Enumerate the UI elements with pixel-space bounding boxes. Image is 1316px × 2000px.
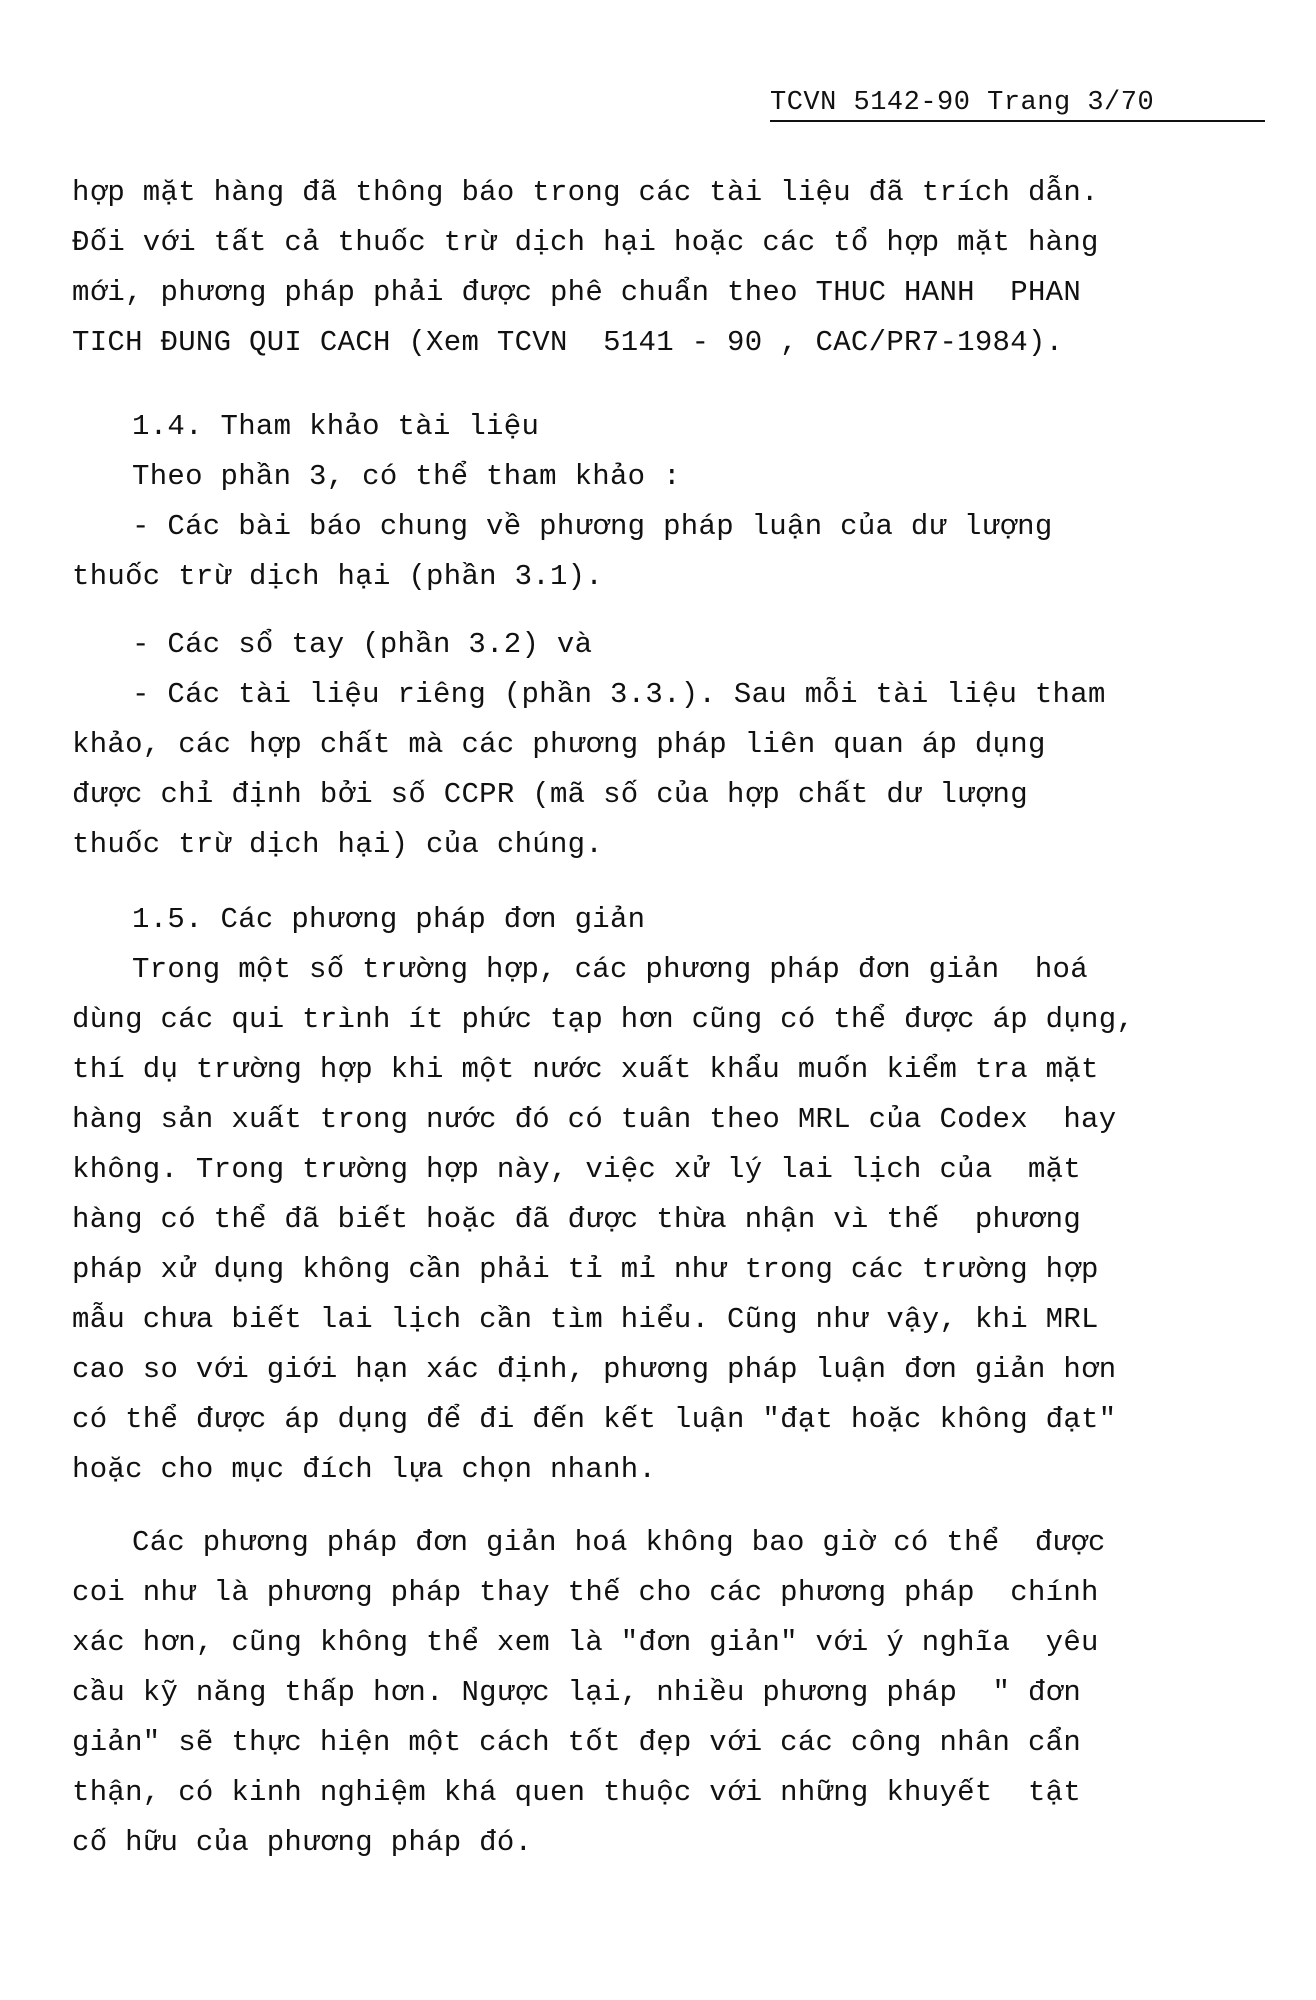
text-line: - Các tài liệu riêng (phần 3.3.). Sau mỗ… [132, 680, 1106, 709]
text-line: xác hơn, cũng không thể xem là "đơn giản… [72, 1628, 1099, 1657]
page-number: Trang 3/70 [987, 88, 1154, 118]
text-line: mẫu chưa biết lai lịch cần tìm hiểu. Cũn… [72, 1305, 1099, 1334]
text-line: mới, phương pháp phải được phê chuẩn the… [72, 278, 1081, 307]
text-line: Các phương pháp đơn giản hoá không bao g… [132, 1528, 1106, 1557]
section-heading: 1.5. Các phương pháp đơn giản [132, 905, 645, 934]
text-line: cầu kỹ năng thấp hơn. Ngược lại, nhiều p… [72, 1678, 1081, 1707]
text-line: Trong một số trường hợp, các phương pháp… [132, 955, 1088, 984]
text-line: coi như là phương pháp thay thế cho các … [72, 1578, 1099, 1607]
text-line: thuốc trừ dịch hại (phần 3.1). [72, 562, 603, 591]
text-line: hoặc cho mục đích lựa chọn nhanh. [72, 1455, 656, 1484]
text-line: hợp mặt hàng đã thông báo trong các tài … [72, 178, 1099, 207]
page-header: TCVN 5142-90 Trang 3/70 [770, 88, 1265, 122]
text-line: không. Trong trường hợp này, việc xử lý … [72, 1155, 1081, 1184]
text-line: có thể được áp dụng để đi đến kết luận "… [72, 1405, 1116, 1434]
text-line: pháp xử dụng không cần phải tỉ mỉ như tr… [72, 1255, 1099, 1284]
text-line: hàng sản xuất trong nước đó có tuân theo… [72, 1105, 1116, 1134]
text-line: - Các sổ tay (phần 3.2) và [132, 630, 592, 659]
text-line: Đối với tất cả thuốc trừ dịch hại hoặc c… [72, 228, 1099, 257]
text-line: TICH ĐUNG QUI CACH (Xem TCVN 5141 - 90 ,… [72, 328, 1063, 357]
text-line: thuốc trừ dịch hại) của chúng. [72, 830, 603, 859]
text-line: cố hữu của phương pháp đó. [72, 1828, 532, 1857]
text-line: giản" sẽ thực hiện một cách tốt đẹp với … [72, 1728, 1081, 1757]
text-line: thận, có kinh nghiệm khá quen thuộc với … [72, 1778, 1081, 1807]
standard-number: TCVN 5142-90 [770, 88, 970, 118]
text-line: được chỉ định bởi số CCPR (mã số của hợp… [72, 780, 1028, 809]
text-line: khảo, các hợp chất mà các phương pháp li… [72, 730, 1046, 759]
text-line: hàng có thể đã biết hoặc đã được thừa nh… [72, 1205, 1081, 1234]
text-line: thí dụ trường hợp khi một nước xuất khẩu… [72, 1055, 1099, 1084]
text-line: - Các bài báo chung về phương pháp luận … [132, 512, 1053, 541]
section-heading: 1.4. Tham khảo tài liệu [132, 412, 539, 441]
text-line: dùng các qui trình ít phức tạp hơn cũng … [72, 1005, 1134, 1034]
text-line: Theo phần 3, có thể tham khảo : [132, 462, 681, 491]
text-line: cao so với giới hạn xác định, phương phá… [72, 1355, 1116, 1384]
